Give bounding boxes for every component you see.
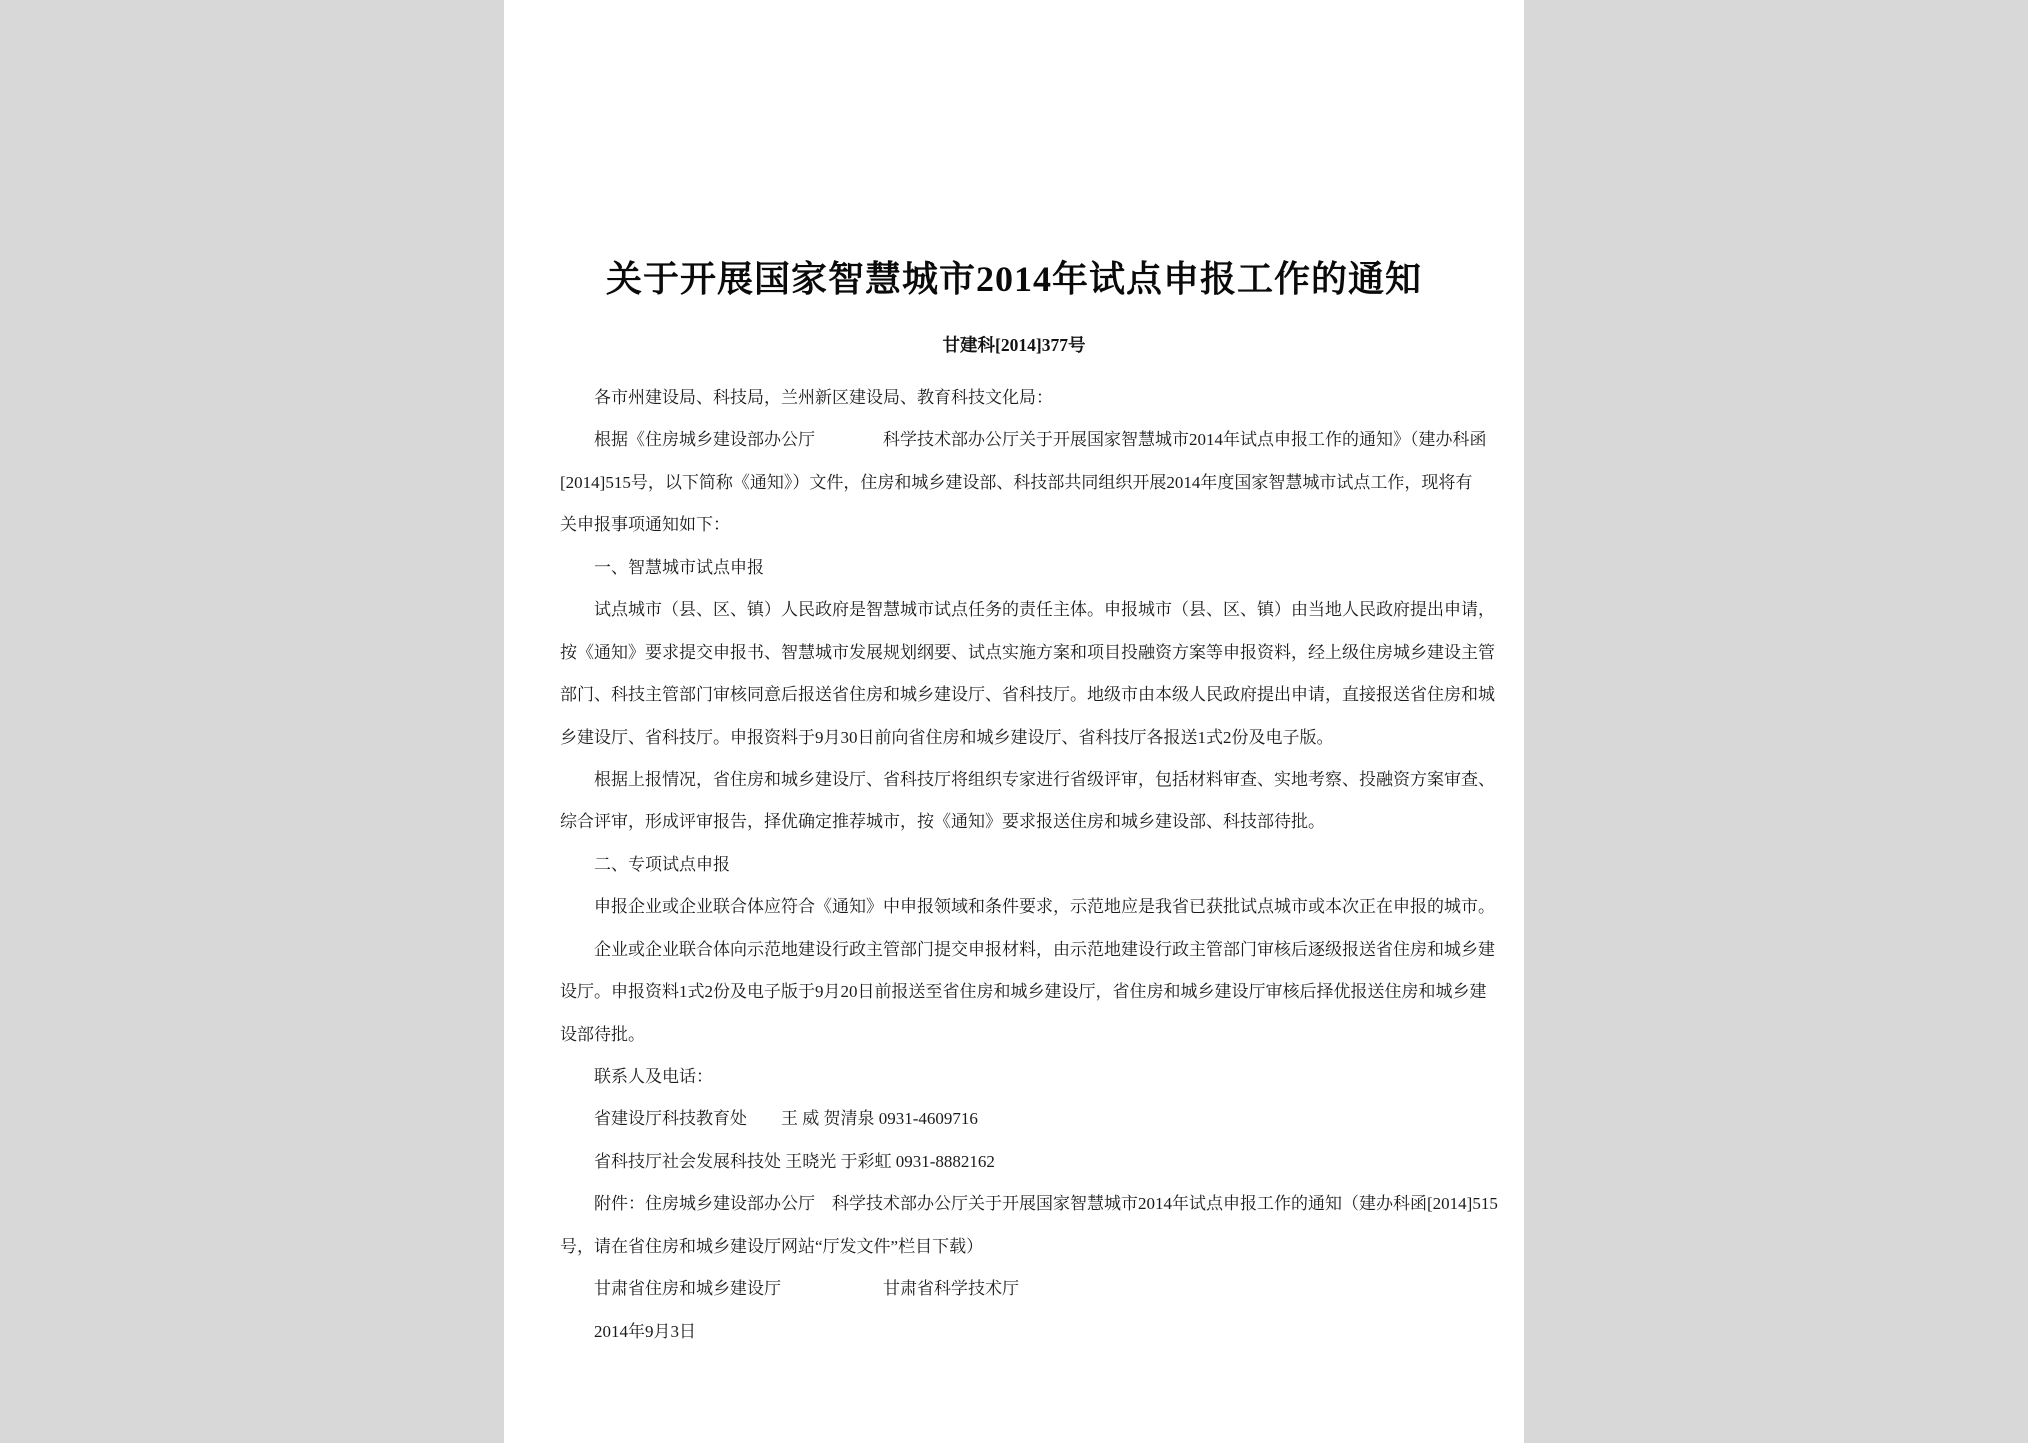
document-title: 关于开展国家智慧城市2014年试点申报工作的通知 — [504, 256, 1524, 303]
body-line: 企业或企业联合体向示范地建设行政主管部门提交申报材料，由示范地建设行政主管部门审… — [560, 929, 1524, 971]
body-line: 按《通知》要求提交申报书、智慧城市发展规划纲要、试点实施方案和项目投融资方案等申… — [560, 632, 1524, 674]
body-line: 综合评审，形成评审报告，择优确定推荐城市，按《通知》要求报送住房和城乡建设部、科… — [560, 801, 1524, 843]
body-line: 附件：住房城乡建设部办公厅 科学技术部办公厅关于开展国家智慧城市2014年试点申… — [560, 1183, 1524, 1225]
document-page: 关于开展国家智慧城市2014年试点申报工作的通知 甘建科[2014]377号 各… — [504, 0, 1524, 1443]
body-line: 设厅。申报资料1式2份及电子版于9月20日前报送至省住房和城乡建设厅，省住房和城… — [560, 971, 1524, 1013]
body-line: 一、智慧城市试点申报 — [560, 547, 1524, 589]
body-line: 省建设厅科技教育处 王 威 贺清泉 0931-4609716 — [560, 1098, 1524, 1140]
body-line: 2014年9月3日 — [560, 1311, 1524, 1353]
body-line: 设部待批。 — [560, 1014, 1524, 1056]
body-line: [2014]515号，以下简称《通知》）文件，住房和城乡建设部、科技部共同组织开… — [560, 462, 1524, 504]
body-line: 关申报事项通知如下： — [560, 504, 1524, 546]
body-line: 根据上报情况，省住房和城乡建设厅、省科技厅将组织专家进行省级评审，包括材料审查、… — [560, 759, 1524, 801]
body-line: 联系人及电话： — [560, 1056, 1524, 1098]
body-line: 甘肃省住房和城乡建设厅 甘肃省科学技术厅 — [560, 1268, 1524, 1310]
body-line: 二、专项试点申报 — [560, 844, 1524, 886]
body-line: 部门、科技主管部门审核同意后报送省住房和城乡建设厅、省科技厅。地级市由本级人民政… — [560, 674, 1524, 716]
document-number: 甘建科[2014]377号 — [504, 332, 1524, 358]
body-line: 各市州建设局、科技局，兰州新区建设局、教育科技文化局： — [560, 377, 1524, 419]
body-line: 试点城市（县、区、镇）人民政府是智慧城市试点任务的责任主体。申报城市（县、区、镇… — [560, 589, 1524, 631]
body-line: 申报企业或企业联合体应符合《通知》中申报领域和条件要求，示范地应是我省已获批试点… — [560, 886, 1524, 928]
body-line: 省科技厅社会发展科技处 王晓光 于彩虹 0931-8882162 — [560, 1141, 1524, 1183]
document-body: 各市州建设局、科技局，兰州新区建设局、教育科技文化局：根据《住房城乡建设部办公厅… — [560, 377, 1524, 1353]
body-line: 根据《住房城乡建设部办公厅 科学技术部办公厅关于开展国家智慧城市2014年试点申… — [560, 419, 1524, 461]
body-line: 号，请在省住房和城乡建设厅网站“厅发文件”栏目下载） — [560, 1226, 1524, 1268]
page-background: 关于开展国家智慧城市2014年试点申报工作的通知 甘建科[2014]377号 各… — [0, 0, 2028, 1443]
body-line: 乡建设厅、省科技厅。申报资料于9月30日前向省住房和城乡建设厅、省科技厅各报送1… — [560, 717, 1524, 759]
